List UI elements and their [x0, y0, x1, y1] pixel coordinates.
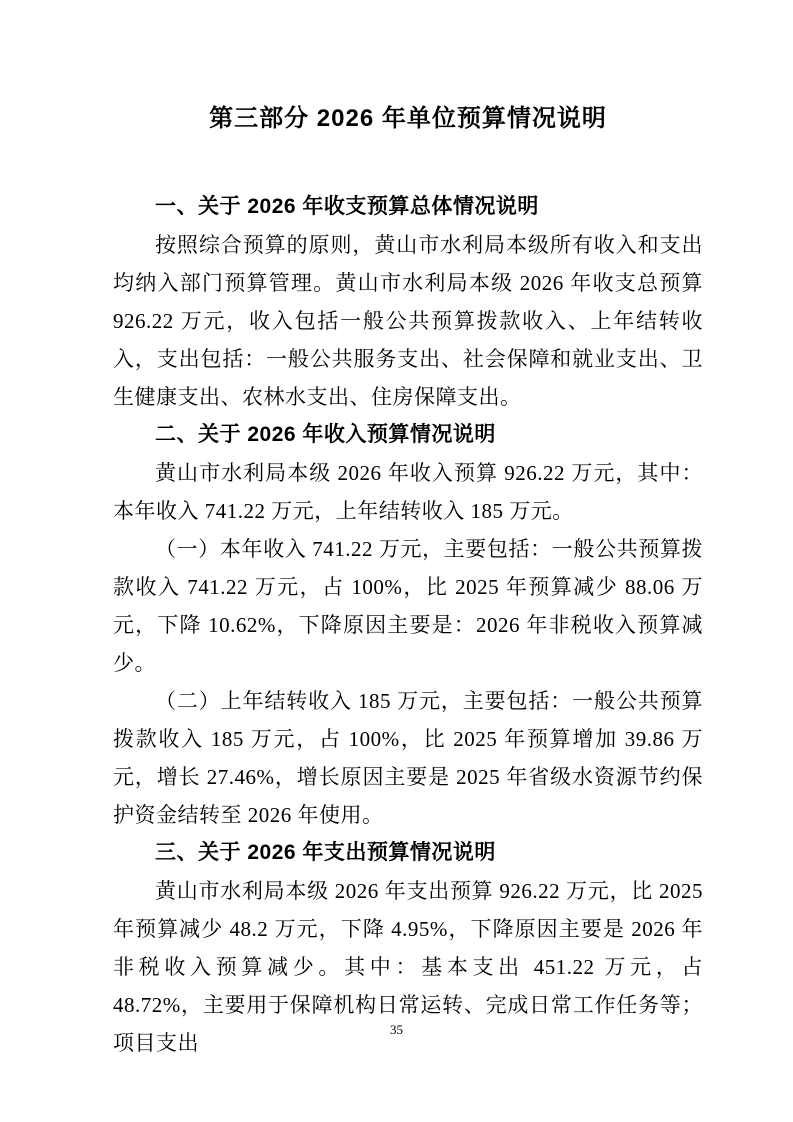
section-income: 二、关于 2026 年收入预算情况说明 黄山市水利局本级 2026 年收入预算 …	[113, 416, 703, 834]
paragraph-income-1: 黄山市水利局本级 2026 年收入预算 926.22 万元，其中：本年收入 74…	[113, 454, 703, 530]
document-page: 第三部分 2026 年单位预算情况说明 一、关于 2026 年收支预算总体情况说…	[0, 0, 793, 1122]
paragraph-overall-1: 按照综合预算的原则，黄山市水利局本级所有收入和支出均纳入部门预算管理。黄山市水利…	[113, 226, 703, 416]
document-content: 第三部分 2026 年单位预算情况说明 一、关于 2026 年收支预算总体情况说…	[113, 100, 703, 1062]
paragraph-income-2: （一）本年收入 741.22 万元，主要包括：一般公共预算拨款收入 741.22…	[113, 530, 703, 682]
page-number: 35	[0, 1022, 793, 1038]
document-title: 第三部分 2026 年单位预算情况说明	[113, 100, 703, 138]
section-overall: 一、关于 2026 年收支预算总体情况说明 按照综合预算的原则，黄山市水利局本级…	[113, 188, 703, 416]
section-heading-income: 二、关于 2026 年收入预算情况说明	[113, 416, 703, 454]
section-heading-overall: 一、关于 2026 年收支预算总体情况说明	[113, 188, 703, 226]
paragraph-income-3: （二）上年结转收入 185 万元，主要包括：一般公共预算拨款收入 185 万元，…	[113, 682, 703, 834]
section-heading-expenditure: 三、关于 2026 年支出预算情况说明	[113, 834, 703, 872]
